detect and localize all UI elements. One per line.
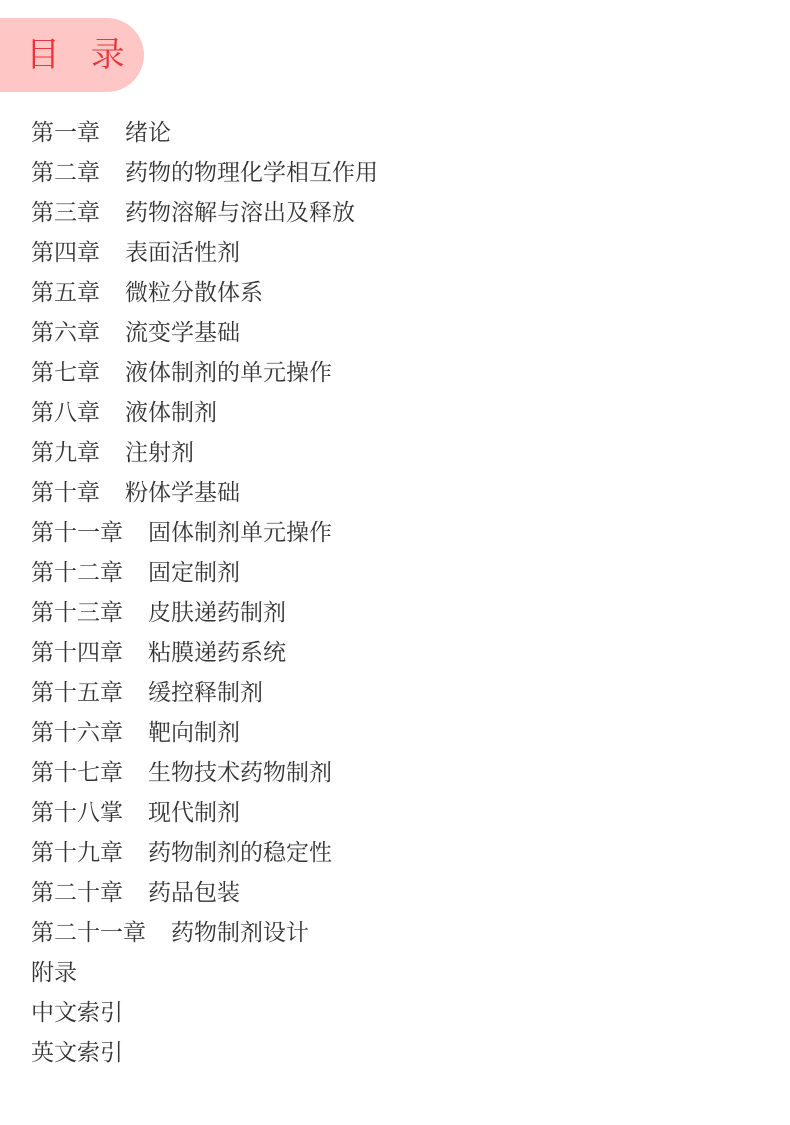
- spacer: [100, 273, 125, 313]
- toc-item-chapter-6[interactable]: 第六章流变学基础: [31, 313, 378, 353]
- chapter-number: 第十二章: [31, 553, 123, 593]
- spacer: [100, 113, 125, 153]
- chapter-number: 第二十章: [31, 873, 123, 913]
- chapter-number: 第九章: [31, 433, 100, 473]
- toc-item-chapter-15[interactable]: 第十五章缓控释制剂: [31, 673, 378, 713]
- chapter-number: 第二十一章: [31, 913, 146, 953]
- chapter-title: 固体制剂单元操作: [148, 513, 332, 553]
- chapter-number: 第十三章: [31, 593, 123, 633]
- chapter-number: 第十四章: [31, 633, 123, 673]
- chapter-title: 靶向制剂: [148, 713, 240, 753]
- chapter-title: 药物制剂的稳定性: [148, 833, 332, 873]
- spacer: [123, 593, 148, 633]
- chapter-title: 现代制剂: [148, 793, 240, 833]
- chapter-number: 第八章: [31, 393, 100, 433]
- spacer: [100, 313, 125, 353]
- spacer: [123, 833, 148, 873]
- toc-item-chapter-1[interactable]: 第一章绪论: [31, 113, 378, 153]
- spacer: [100, 393, 125, 433]
- spacer: [100, 473, 125, 513]
- chapter-title: 皮肤递药制剂: [148, 593, 286, 633]
- chapter-title: 注射剂: [125, 433, 194, 473]
- chapter-number: 第十八掌: [31, 793, 123, 833]
- chapter-title: 药物的物理化学相互作用: [125, 153, 378, 193]
- chapter-title: 生物技术药物制剂: [148, 753, 332, 793]
- toc-item-chapter-19[interactable]: 第十九章药物制剂的稳定性: [31, 833, 378, 873]
- chapter-title: 药品包装: [148, 873, 240, 913]
- toc-item-chapter-12[interactable]: 第十二章固定制剂: [31, 553, 378, 593]
- chapter-number: 第五章: [31, 273, 100, 313]
- chapter-number: 第六章: [31, 313, 100, 353]
- section-title: 附录: [31, 953, 77, 993]
- toc-item-chapter-7[interactable]: 第七章液体制剂的单元操作: [31, 353, 378, 393]
- toc-item-appendix[interactable]: 附录: [31, 953, 378, 993]
- chapter-number: 第十九章: [31, 833, 123, 873]
- chapter-title: 液体制剂: [125, 393, 217, 433]
- chapter-number: 第十六章: [31, 713, 123, 753]
- chapter-title: 药物溶解与溶出及释放: [125, 193, 355, 233]
- toc-item-chinese-index[interactable]: 中文索引: [31, 993, 378, 1033]
- chapter-number: 第十章: [31, 473, 100, 513]
- chapter-number: 第四章: [31, 233, 100, 273]
- section-title: 英文索引: [31, 1033, 123, 1073]
- chapter-number: 第二章: [31, 153, 100, 193]
- toc-item-chapter-8[interactable]: 第八章液体制剂: [31, 393, 378, 433]
- toc-item-chapter-9[interactable]: 第九章注射剂: [31, 433, 378, 473]
- chapter-title: 微粒分散体系: [125, 273, 263, 313]
- toc-item-chapter-11[interactable]: 第十一章固体制剂单元操作: [31, 513, 378, 553]
- chapter-title: 粘膜递药系统: [148, 633, 286, 673]
- toc-item-chapter-21[interactable]: 第二十一章药物制剂设计: [31, 913, 378, 953]
- spacer: [100, 233, 125, 273]
- chapter-title: 药物制剂设计: [171, 913, 309, 953]
- chapter-title: 流变学基础: [125, 313, 240, 353]
- spacer: [123, 713, 148, 753]
- toc-title: 目 录: [26, 38, 135, 72]
- spacer: [123, 633, 148, 673]
- spacer: [146, 913, 171, 953]
- toc-item-chapter-3[interactable]: 第三章药物溶解与溶出及释放: [31, 193, 378, 233]
- chapter-number: 第三章: [31, 193, 100, 233]
- chapter-title: 粉体学基础: [125, 473, 240, 513]
- chapter-number: 第七章: [31, 353, 100, 393]
- spacer: [100, 153, 125, 193]
- spacer: [123, 553, 148, 593]
- toc-item-chapter-5[interactable]: 第五章微粒分散体系: [31, 273, 378, 313]
- spacer: [100, 433, 125, 473]
- chapter-title: 绪论: [125, 113, 171, 153]
- chapter-number: 第十七章: [31, 753, 123, 793]
- chapter-title: 液体制剂的单元操作: [125, 353, 332, 393]
- spacer: [123, 753, 148, 793]
- toc-item-chapter-16[interactable]: 第十六章靶向制剂: [31, 713, 378, 753]
- toc-item-chapter-20[interactable]: 第二十章药品包装: [31, 873, 378, 913]
- chapter-title: 固定制剂: [148, 553, 240, 593]
- toc-item-chapter-10[interactable]: 第十章粉体学基础: [31, 473, 378, 513]
- toc-item-chapter-13[interactable]: 第十三章皮肤递药制剂: [31, 593, 378, 633]
- toc-item-chapter-17[interactable]: 第十七章生物技术药物制剂: [31, 753, 378, 793]
- spacer: [123, 873, 148, 913]
- spacer: [123, 673, 148, 713]
- toc-list: 第一章绪论 第二章药物的物理化学相互作用 第三章药物溶解与溶出及释放 第四章表面…: [31, 113, 378, 1073]
- spacer: [100, 353, 125, 393]
- chapter-number: 第十五章: [31, 673, 123, 713]
- chapter-number: 第一章: [31, 113, 100, 153]
- toc-item-english-index[interactable]: 英文索引: [31, 1033, 378, 1073]
- toc-item-chapter-18[interactable]: 第十八掌现代制剂: [31, 793, 378, 833]
- toc-header-badge: 目 录: [0, 18, 144, 92]
- toc-item-chapter-2[interactable]: 第二章药物的物理化学相互作用: [31, 153, 378, 193]
- chapter-title: 表面活性剂: [125, 233, 240, 273]
- chapter-title: 缓控释制剂: [148, 673, 263, 713]
- spacer: [123, 513, 148, 553]
- spacer: [100, 193, 125, 233]
- toc-item-chapter-4[interactable]: 第四章表面活性剂: [31, 233, 378, 273]
- toc-item-chapter-14[interactable]: 第十四章粘膜递药系统: [31, 633, 378, 673]
- chapter-number: 第十一章: [31, 513, 123, 553]
- section-title: 中文索引: [31, 993, 123, 1033]
- spacer: [123, 793, 148, 833]
